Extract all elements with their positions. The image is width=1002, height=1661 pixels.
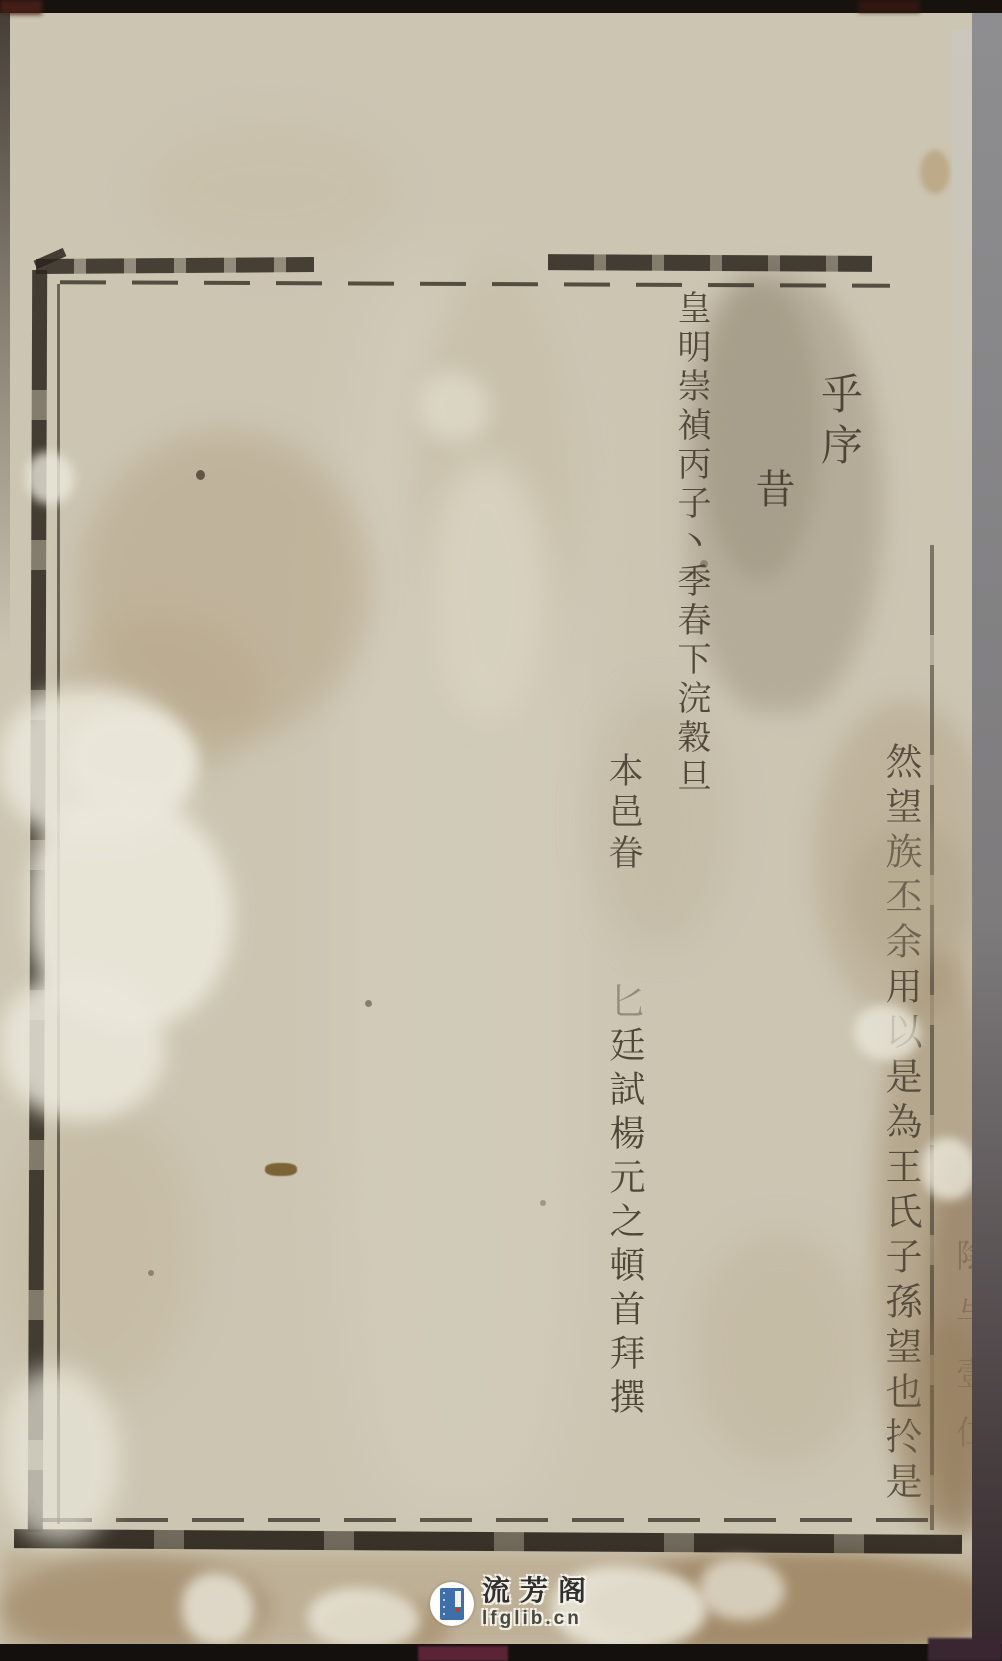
- paper-damage-patch: [70, 712, 195, 807]
- paper-stain: [690, 1230, 870, 1470]
- native-place-column: 本邑眷: [598, 752, 648, 875]
- watermark-text-block: 流芳阁 lfglib.cn: [482, 1578, 596, 1628]
- paper-damage-patch: [0, 688, 195, 843]
- bottom-margin-stain: [0, 1556, 270, 1660]
- watermark-logo-circle: [430, 1582, 474, 1626]
- paper-damage-patch: [0, 1368, 120, 1543]
- paper-damage-patch: [430, 460, 550, 720]
- paper-stain: [415, 265, 575, 715]
- paper-stain: [140, 120, 400, 260]
- watermark-site-url: lfglib.cn: [482, 1609, 596, 1628]
- paper-stain: [0, 1100, 200, 1400]
- scan-bottom-edge-red-blotch: [928, 1638, 1002, 1661]
- date-column: 皇明崇禎丙子丶季春下浣穀旦: [666, 290, 715, 797]
- watermark: 流芳阁 lfglib.cn: [400, 1576, 630, 1646]
- scan-bottom-edge: [0, 1644, 1002, 1661]
- author-signature-column: 匕廷試楊元之頓首拜撰: [600, 982, 651, 1422]
- paper-damage-patch: [0, 975, 165, 1120]
- author-partial-character: 匕: [605, 982, 645, 1026]
- paper-speck: [196, 470, 205, 480]
- adjacent-page-bleed-text: 陰与壹仁: [946, 1238, 993, 1474]
- page-frame-right-border: [930, 545, 934, 1530]
- author-signature-text: 廷試楊元之頓首拜撰: [605, 1026, 645, 1422]
- page-frame-bottom-border: [14, 1529, 962, 1554]
- bottom-margin-stain: [585, 1552, 1002, 1660]
- page-frame-corner-mark: [34, 248, 67, 269]
- paper-stain: [80, 430, 370, 740]
- paper-stain: [920, 150, 950, 194]
- scan-top-edge: [0, 0, 1002, 13]
- watermark-site-name: 流芳阁: [482, 1578, 596, 1606]
- page-frame-top-inner-line: [60, 280, 890, 288]
- scan-left-edge-shadow: [0, 13, 10, 653]
- thread-bound-book-icon: [440, 1588, 464, 1620]
- page-frame-top-border: [548, 254, 872, 272]
- scanned-page: 乎序 昔 皇明崇禎丙子丶季春下浣穀旦 本邑眷 匕廷試楊元之頓首拜撰 然望族丕余用…: [0, 0, 1002, 1661]
- paper-speck: [365, 1000, 372, 1007]
- scan-top-edge-red-tint: [0, 0, 42, 15]
- paper-damage-patch: [700, 1558, 785, 1620]
- paper-stain: [340, 270, 580, 1510]
- paper-stain: [700, 280, 820, 580]
- page-frame-left-border: [28, 270, 47, 1532]
- page-frame-top-border: [36, 257, 314, 274]
- book-red-seal: [456, 1608, 460, 1612]
- preface-opening-character: 昔: [744, 468, 801, 508]
- paper-damage-patch: [922, 1138, 977, 1200]
- paper-damage-patch: [420, 372, 490, 442]
- scan-bottom-edge-red-blotch: [418, 1646, 508, 1661]
- paper-damage-patch: [182, 1573, 254, 1645]
- paper-speck: [148, 1270, 154, 1276]
- page-frame-bottom-inner-line: [40, 1518, 933, 1522]
- right-margin-text-column: 然望族丕余用以是為王氏子孫望也扵是: [872, 742, 926, 1507]
- book-page-edge-strip: [952, 30, 974, 550]
- paper-damage-patch: [28, 795, 233, 1030]
- preface-title-column: 乎序: [808, 372, 868, 474]
- paper-damage-patch: [26, 452, 74, 504]
- book-title-label: [455, 1591, 461, 1607]
- paper-speck: [265, 1163, 297, 1176]
- paper-speck: [540, 1200, 546, 1206]
- paper-stain: [55, 610, 265, 780]
- scan-top-edge-red-tint: [858, 0, 920, 13]
- page-frame-left-inner-line: [57, 284, 60, 1524]
